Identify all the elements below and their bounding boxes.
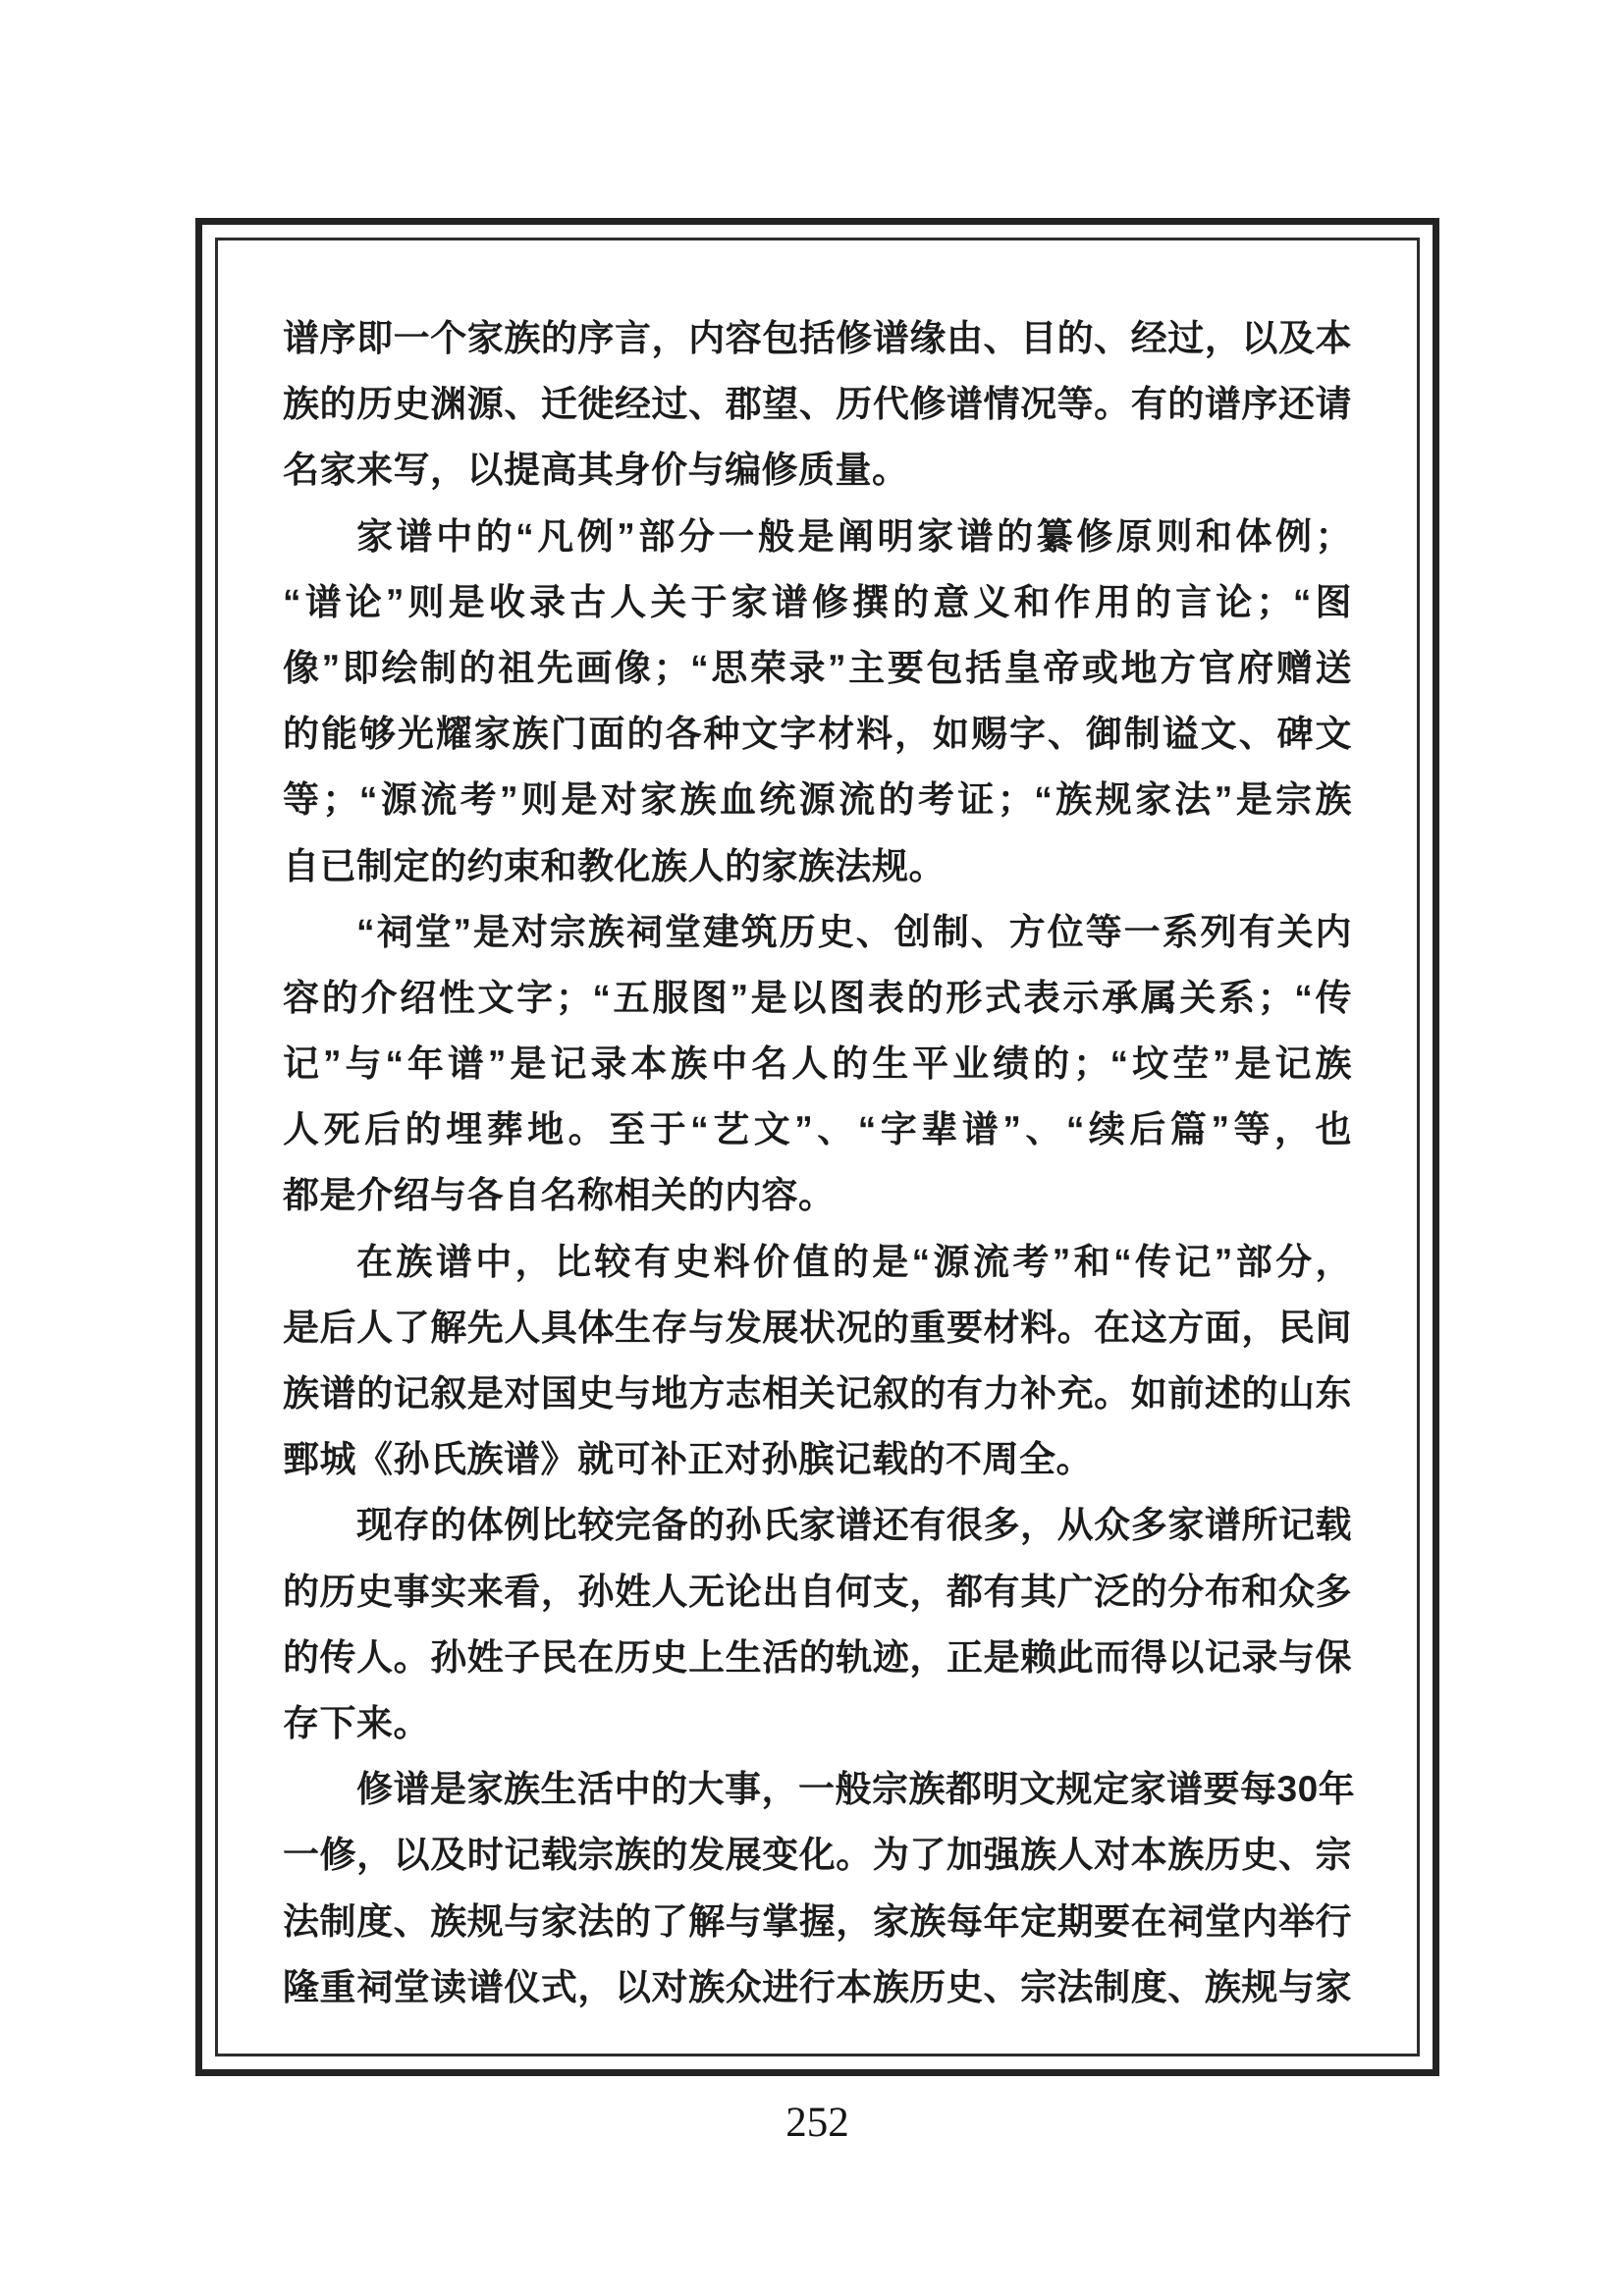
text-line: 等；“源流考”则是对家族血统源流的考证；“族规家法”是宗族: [283, 767, 1352, 832]
text-line: 修谱是家族生活中的大事，一般宗族都明文规定家谱要每30年: [283, 1756, 1352, 1822]
text-line: 现存的体例比较完备的孙氏家谱还有很多，从众多家谱所记载: [283, 1492, 1352, 1558]
text-line: 族的历史渊源、迁徙经过、郡望、历代修谱情况等。有的谱序还请: [283, 371, 1352, 437]
inner-border: 谱序即一个家族的序言，内容包括修谱缘由、目的、经过，以及本族的历史渊源、迁徙经过…: [215, 238, 1420, 2056]
text-line: “谱论”则是收录古人关于家谱修撰的意义和作用的言论；“图: [283, 569, 1352, 635]
text-line: 自已制定的约束和教化族人的家族法规。: [283, 833, 1352, 899]
text-line: 是后人了解先人具体生存与发展状况的重要材料。在这方面，民间: [283, 1295, 1352, 1361]
text-line: 法制度、族规与家法的了解与掌握，家族每年定期要在祠堂内举行: [283, 1889, 1352, 1954]
text-line: 族谱的记叙是对国史与地方志相关记叙的有力补充。如前述的山东: [283, 1361, 1352, 1426]
book-page: 谱序即一个家族的序言，内容包括修谱缘由、目的、经过，以及本族的历史渊源、迁徙经过…: [0, 0, 1623, 2296]
page-number: 252: [195, 2099, 1439, 2147]
text-line: “祠堂”是对宗族祠堂建筑历史、创制、方位等一系列有关内: [283, 899, 1352, 965]
text-line: 存下来。: [283, 1690, 1352, 1756]
text-line: 的历史事实来看，孙姓人无论出自何支，都有其广泛的分布和众多: [283, 1559, 1352, 1625]
text-line: 隆重祠堂读谱仪式，以对族众进行本族历史、宗法制度、族规与家: [283, 1954, 1352, 2020]
text-line: 的能够光耀家族门面的各种文字材料，如赐字、御制谥文、碑文: [283, 701, 1352, 767]
text-line: 谱序即一个家族的序言，内容包括修谱缘由、目的、经过，以及本: [283, 305, 1352, 371]
text-line: 一修，以及时记载宗族的发展变化。为了加强族人对本族历史、宗: [283, 1822, 1352, 1888]
outer-border: 谱序即一个家族的序言，内容包括修谱缘由、目的、经过，以及本族的历史渊源、迁徙经过…: [195, 218, 1439, 2076]
text-line: 家谱中的“凡例”部分一般是阐明家谱的纂修原则和体例；: [283, 504, 1352, 569]
text-line: 记”与“年谱”是记录本族中名人的生平业绩的；“坟茔”是记族: [283, 1031, 1352, 1096]
text-line: 鄄城《孙氏族谱》就可补正对孙膑记载的不周全。: [283, 1426, 1352, 1492]
text-line: 都是介绍与各自名称相关的内容。: [283, 1162, 1352, 1228]
body-text: 谱序即一个家族的序言，内容包括修谱缘由、目的、经过，以及本族的历史渊源、迁徙经过…: [283, 305, 1352, 2020]
text-line: 在族谱中，比较有史料价值的是“源流考”和“传记”部分，: [283, 1229, 1352, 1295]
text-line: 人死后的埋葬地。至于“艺文”、“字辈谱”、“续后篇”等，也: [283, 1096, 1352, 1162]
text-line: 容的介绍性文字；“五服图”是以图表的形式表示承属关系；“传: [283, 965, 1352, 1031]
text-line: 像”即绘制的祖先画像；“思荣录”主要包括皇帝或地方官府赠送: [283, 635, 1352, 701]
text-line: 名家来写，以提高其身价与编修质量。: [283, 437, 1352, 503]
text-line: 的传人。孙姓子民在历史上生活的轨迹，正是赖此而得以记录与保: [283, 1625, 1352, 1690]
